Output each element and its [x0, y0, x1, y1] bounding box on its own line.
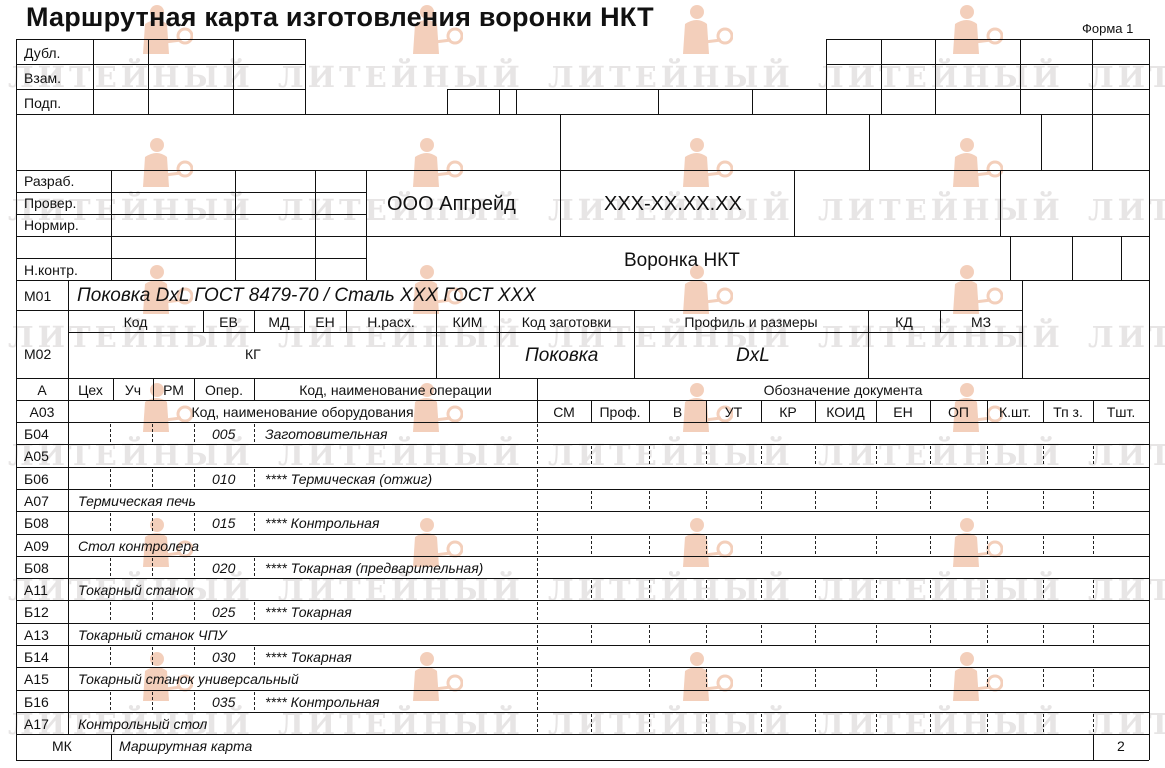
- grid-line: [68, 332, 1022, 333]
- dashed-divider: [152, 558, 153, 576]
- grid-line: [1020, 39, 1021, 114]
- dashed-divider: [706, 446, 707, 464]
- dashed-divider: [537, 647, 538, 665]
- dashed-divider: [930, 714, 931, 732]
- grid-line: [499, 89, 500, 114]
- dashed-divider: [537, 580, 538, 598]
- column-header: РМ: [153, 383, 194, 397]
- operation-number: 010: [212, 472, 235, 486]
- material-header: Код: [68, 315, 203, 329]
- column-header: В: [649, 405, 706, 419]
- dashed-divider: [706, 536, 707, 554]
- equipment-name: Стол контролера: [78, 539, 199, 553]
- dashed-divider: [1043, 491, 1044, 509]
- column-header: Уч: [113, 383, 153, 397]
- grid-line: [16, 645, 1149, 646]
- operation-number: 035: [212, 695, 235, 709]
- dashed-divider: [761, 580, 762, 598]
- dashed-divider: [254, 602, 255, 620]
- material-header: Код заготовки: [499, 315, 634, 329]
- dashed-divider: [876, 446, 877, 464]
- grid-line: [1010, 236, 1011, 280]
- grid-line: [366, 170, 367, 280]
- dashed-divider: [110, 424, 111, 442]
- foundry-worker-icon: [675, 515, 733, 577]
- grid-line: [560, 170, 561, 236]
- part-name: Воронка НКТ: [624, 251, 740, 270]
- grid-line: [16, 734, 1149, 735]
- dashed-divider: [537, 558, 538, 576]
- dashed-divider: [761, 536, 762, 554]
- dashed-divider: [1093, 669, 1094, 687]
- column-header: СМ: [537, 405, 591, 419]
- grid-line: [16, 712, 1149, 713]
- grid-line: [16, 422, 1149, 423]
- dashed-divider: [152, 647, 153, 665]
- material-header: Профиль и размеры: [634, 315, 868, 329]
- dashed-divider: [1043, 580, 1044, 598]
- dashed-divider: [194, 558, 195, 576]
- row-code: А09: [24, 539, 49, 553]
- dashed-divider: [876, 536, 877, 554]
- dashed-divider: [591, 625, 592, 643]
- dashed-divider: [194, 602, 195, 620]
- dashed-divider: [152, 602, 153, 620]
- foundry-worker-icon: [135, 135, 193, 197]
- dashed-divider: [194, 692, 195, 710]
- dashed-divider: [591, 580, 592, 598]
- dashed-divider: [649, 491, 650, 509]
- label-razrab: Разраб.: [24, 174, 74, 188]
- column-header: ЕН: [876, 405, 930, 419]
- grid-line: [315, 170, 316, 280]
- grid-line: [1121, 236, 1122, 280]
- grid-line: [16, 467, 1149, 468]
- dashed-divider: [254, 513, 255, 531]
- dashed-divider: [987, 669, 988, 687]
- grid-line: [1149, 39, 1150, 760]
- dashed-divider: [876, 669, 877, 687]
- dashed-divider: [649, 536, 650, 554]
- dashed-divider: [930, 491, 931, 509]
- operation-number: 030: [212, 650, 235, 664]
- header-code: А: [16, 383, 68, 397]
- dashed-divider: [649, 714, 650, 732]
- equipment-name: Термическая печь: [78, 494, 196, 508]
- dashed-divider: [930, 536, 931, 554]
- grid-line: [516, 89, 517, 114]
- column-header: ОП: [930, 405, 987, 419]
- label-vzam: Взам.: [24, 71, 61, 85]
- foundry-worker-icon: [945, 2, 1003, 64]
- row-code: Б14: [24, 650, 49, 664]
- grid-line: [560, 114, 561, 170]
- grid-line: [1092, 114, 1093, 170]
- column-header: УТ: [706, 405, 761, 419]
- column-header: КОИД: [815, 405, 876, 419]
- dashed-divider: [591, 536, 592, 554]
- grid-line: [16, 667, 1149, 668]
- label-prover: Провер.: [24, 196, 76, 210]
- organization-name: ООО Апгрейд: [387, 194, 516, 214]
- equipment-name: Контрольный стол: [78, 717, 207, 731]
- operation-name: **** Термическая (отжиг): [265, 472, 432, 486]
- dashed-divider: [706, 580, 707, 598]
- dashed-divider: [254, 647, 255, 665]
- dashed-divider: [815, 669, 816, 687]
- grid-line: [93, 39, 94, 114]
- grid-line: [794, 170, 795, 236]
- material-header: МД: [254, 315, 304, 329]
- operation-name: Заготовительная: [265, 427, 388, 441]
- dashed-divider: [876, 580, 877, 598]
- grid-line: [1000, 170, 1001, 236]
- grid-line: [935, 39, 936, 114]
- operation-name: **** Токарная: [265, 650, 352, 664]
- dashed-divider: [1043, 714, 1044, 732]
- dashed-divider: [761, 446, 762, 464]
- grid-line: [658, 89, 659, 114]
- grid-line: [16, 114, 1149, 115]
- header-code: А03: [16, 405, 68, 419]
- operation-number: 020: [212, 561, 235, 575]
- dashed-divider: [254, 424, 255, 442]
- dashed-divider: [1093, 625, 1094, 643]
- grid-line: [16, 89, 305, 90]
- grid-line: [16, 170, 1149, 171]
- column-header: Цех: [68, 383, 113, 397]
- dashed-divider: [254, 558, 255, 576]
- grid-line: [16, 214, 366, 215]
- dashed-divider: [706, 714, 707, 732]
- grid-line: [16, 600, 1149, 601]
- column-header: Проф.: [591, 405, 649, 419]
- dashed-divider: [1043, 446, 1044, 464]
- dashed-divider: [1093, 446, 1094, 464]
- row-code: А11: [24, 583, 48, 597]
- grid-line: [499, 332, 500, 378]
- grid-line: [1022, 280, 1023, 378]
- grid-line: [233, 39, 234, 114]
- watermark-text: ЛИТЕЙНЫЙ: [818, 193, 1064, 227]
- dashed-divider: [815, 446, 816, 464]
- material-header: КД: [868, 315, 940, 329]
- dashed-divider: [110, 692, 111, 710]
- grid-line: [634, 332, 635, 378]
- column-header: Тшт.: [1093, 405, 1149, 419]
- dashed-divider: [930, 446, 931, 464]
- row-code: Б06: [24, 472, 49, 486]
- grid-line: [826, 39, 827, 114]
- column-header: Код, наименование оборудования: [68, 405, 537, 419]
- column-header: Опер.: [194, 383, 254, 397]
- grid-line: [436, 332, 437, 378]
- dashed-divider: [876, 625, 877, 643]
- material-header: КИМ: [436, 315, 499, 329]
- foundry-worker-icon: [945, 515, 1003, 577]
- dashed-divider: [194, 424, 195, 442]
- dashed-divider: [194, 647, 195, 665]
- dashed-divider: [537, 602, 538, 620]
- watermark-text: ЛИТЕЙНЫЙ: [1088, 320, 1165, 354]
- dashed-divider: [761, 491, 762, 509]
- dashed-divider: [194, 513, 195, 531]
- dashed-divider: [110, 558, 111, 576]
- grid-line: [16, 623, 1149, 624]
- grid-line: [1093, 734, 1094, 760]
- equipment-name: Токарный станок ЧПУ: [78, 628, 227, 642]
- row-code: А13: [24, 628, 49, 642]
- dashed-divider: [110, 647, 111, 665]
- grid-line: [1041, 114, 1042, 170]
- grid-line: [305, 39, 306, 114]
- dashed-divider: [537, 714, 538, 732]
- grid-line: [447, 89, 448, 114]
- grid-line: [16, 760, 1149, 761]
- m02-code: М02: [24, 347, 51, 361]
- grid-line: [235, 170, 236, 280]
- foundry-worker-icon: [945, 135, 1003, 197]
- dashed-divider: [1093, 580, 1094, 598]
- grid-line: [16, 114, 17, 760]
- dashed-divider: [876, 491, 877, 509]
- dashed-divider: [537, 424, 538, 442]
- grid-line: [16, 258, 366, 259]
- row-code: Б08: [24, 516, 49, 530]
- dashed-divider: [537, 513, 538, 531]
- dashed-divider: [649, 625, 650, 643]
- grid-line: [1072, 236, 1073, 280]
- dashed-divider: [706, 491, 707, 509]
- dashed-divider: [537, 469, 538, 487]
- m01-material: Поковка DxL ГОСТ 8479-70 / Сталь ХХХ ГОС…: [77, 286, 536, 305]
- operation-number: 015: [212, 516, 235, 530]
- dashed-divider: [815, 536, 816, 554]
- column-header: Обозначение документа: [537, 383, 1149, 397]
- label-nkontr: Н.контр.: [24, 263, 78, 277]
- m02-profile: DxL: [736, 346, 770, 365]
- operation-name: **** Контрольная: [265, 695, 379, 709]
- dashed-divider: [1043, 536, 1044, 554]
- footer-code: МК: [52, 739, 72, 753]
- form-label: Форма 1: [1082, 21, 1133, 36]
- label-normir: Нормир.: [24, 218, 79, 232]
- dashed-divider: [537, 669, 538, 687]
- dashed-divider: [761, 669, 762, 687]
- dashed-divider: [152, 424, 153, 442]
- dashed-divider: [152, 469, 153, 487]
- grid-line: [1092, 39, 1093, 114]
- label-podp: Подп.: [24, 96, 61, 110]
- grid-line: [16, 534, 1149, 535]
- grid-line: [68, 422, 69, 734]
- dashed-divider: [876, 714, 877, 732]
- dashed-divider: [987, 491, 988, 509]
- grid-line: [16, 39, 17, 114]
- grid-line: [111, 734, 112, 760]
- dashed-divider: [815, 714, 816, 732]
- dashed-divider: [591, 669, 592, 687]
- operation-name: **** Контрольная: [265, 516, 379, 530]
- grid-line: [16, 39, 305, 40]
- grid-line: [826, 39, 1149, 40]
- grid-line: [869, 114, 870, 170]
- grid-line: [16, 444, 1149, 445]
- dashed-divider: [930, 669, 931, 687]
- column-header: КР: [761, 405, 815, 419]
- material-header: МЗ: [940, 315, 1022, 329]
- dashed-divider: [152, 692, 153, 710]
- grid-line: [16, 489, 1149, 490]
- dashed-divider: [987, 446, 988, 464]
- material-header: Н.расх.: [346, 315, 436, 329]
- dashed-divider: [152, 513, 153, 531]
- dashed-divider: [706, 625, 707, 643]
- foundry-worker-icon: [675, 2, 733, 64]
- grid-line: [868, 332, 869, 378]
- dashed-divider: [110, 513, 111, 531]
- dashed-divider: [987, 536, 988, 554]
- grid-line: [752, 89, 753, 114]
- equipment-name: Токарный станок: [78, 583, 194, 597]
- dashed-divider: [1093, 536, 1094, 554]
- dashed-divider: [649, 580, 650, 598]
- foundry-worker-icon: [675, 135, 733, 197]
- grid-line: [16, 378, 1149, 379]
- dashed-divider: [930, 580, 931, 598]
- grid-line: [148, 39, 149, 114]
- label-dubl: Дубл.: [24, 46, 60, 60]
- column-header: Тп з.: [1043, 405, 1093, 419]
- operation-number: 025: [212, 605, 235, 619]
- grid-line: [16, 310, 1022, 311]
- foundry-worker-icon: [945, 649, 1003, 711]
- operation-name: **** Токарная: [265, 605, 352, 619]
- dashed-divider: [930, 625, 931, 643]
- grid-line: [16, 578, 1149, 579]
- dashed-divider: [987, 580, 988, 598]
- row-code: Б16: [24, 695, 49, 709]
- row-code: А07: [24, 494, 49, 508]
- dashed-divider: [591, 446, 592, 464]
- watermark-text: ЛИТЕЙНЫЙ: [1088, 193, 1165, 227]
- row-code: А15: [24, 672, 49, 686]
- grid-line: [16, 556, 1149, 557]
- dashed-divider: [591, 714, 592, 732]
- foundry-worker-icon: [405, 135, 463, 197]
- grid-line: [447, 89, 1149, 90]
- row-code: Б12: [24, 605, 49, 619]
- m01-code: М01: [24, 289, 51, 303]
- page-number: 2: [1117, 739, 1125, 753]
- document-designation: ХХХ-ХХ.ХХ.ХХ: [604, 194, 742, 214]
- dashed-divider: [110, 469, 111, 487]
- dashed-divider: [761, 714, 762, 732]
- grid-line: [111, 170, 112, 280]
- dashed-divider: [649, 446, 650, 464]
- dashed-divider: [537, 491, 538, 509]
- grid-line: [16, 511, 1149, 512]
- foundry-worker-icon: [405, 649, 463, 711]
- dashed-divider: [254, 469, 255, 487]
- grid-line: [16, 690, 1149, 691]
- material-header: ЕН: [304, 315, 346, 329]
- column-header: К.шт.: [987, 405, 1043, 419]
- grid-line: [826, 64, 1149, 65]
- row-code: Б08: [24, 561, 49, 575]
- operation-name: **** Токарная (предварительная): [265, 561, 483, 575]
- dashed-divider: [815, 491, 816, 509]
- grid-line: [68, 280, 69, 378]
- equipment-name: Токарный станок универсальный: [78, 672, 299, 686]
- dashed-divider: [815, 580, 816, 598]
- row-code: А17: [24, 717, 49, 731]
- grid-line: [16, 280, 1149, 281]
- dashed-divider: [110, 602, 111, 620]
- dashed-divider: [1093, 491, 1094, 509]
- grid-line: [16, 64, 305, 65]
- grid-line: [881, 39, 882, 114]
- dashed-divider: [194, 469, 195, 487]
- row-code: А05: [24, 449, 49, 463]
- operation-number: 005: [212, 427, 235, 441]
- dashed-divider: [1093, 714, 1094, 732]
- dashed-divider: [815, 625, 816, 643]
- grid-line: [16, 236, 1149, 237]
- dashed-divider: [591, 491, 592, 509]
- grid-line: [16, 400, 1149, 401]
- grid-line: [16, 192, 366, 193]
- dashed-divider: [987, 714, 988, 732]
- page-title: Маршрутная карта изготовления воронки НК…: [26, 2, 654, 33]
- footer-name: Маршрутная карта: [119, 739, 252, 753]
- foundry-worker-icon: [675, 649, 733, 711]
- dashed-divider: [1043, 625, 1044, 643]
- dashed-divider: [706, 669, 707, 687]
- dashed-divider: [537, 692, 538, 710]
- dashed-divider: [537, 446, 538, 464]
- m02-blank: Поковка: [525, 346, 598, 365]
- dashed-divider: [537, 625, 538, 643]
- dashed-divider: [1043, 669, 1044, 687]
- column-header: Код, наименование операции: [254, 383, 537, 397]
- material-header: ЕВ: [203, 315, 254, 329]
- dashed-divider: [537, 536, 538, 554]
- m02-unit: КГ: [245, 347, 261, 361]
- dashed-divider: [254, 692, 255, 710]
- dashed-divider: [987, 625, 988, 643]
- dashed-divider: [649, 669, 650, 687]
- row-code: Б04: [24, 427, 49, 441]
- dashed-divider: [761, 625, 762, 643]
